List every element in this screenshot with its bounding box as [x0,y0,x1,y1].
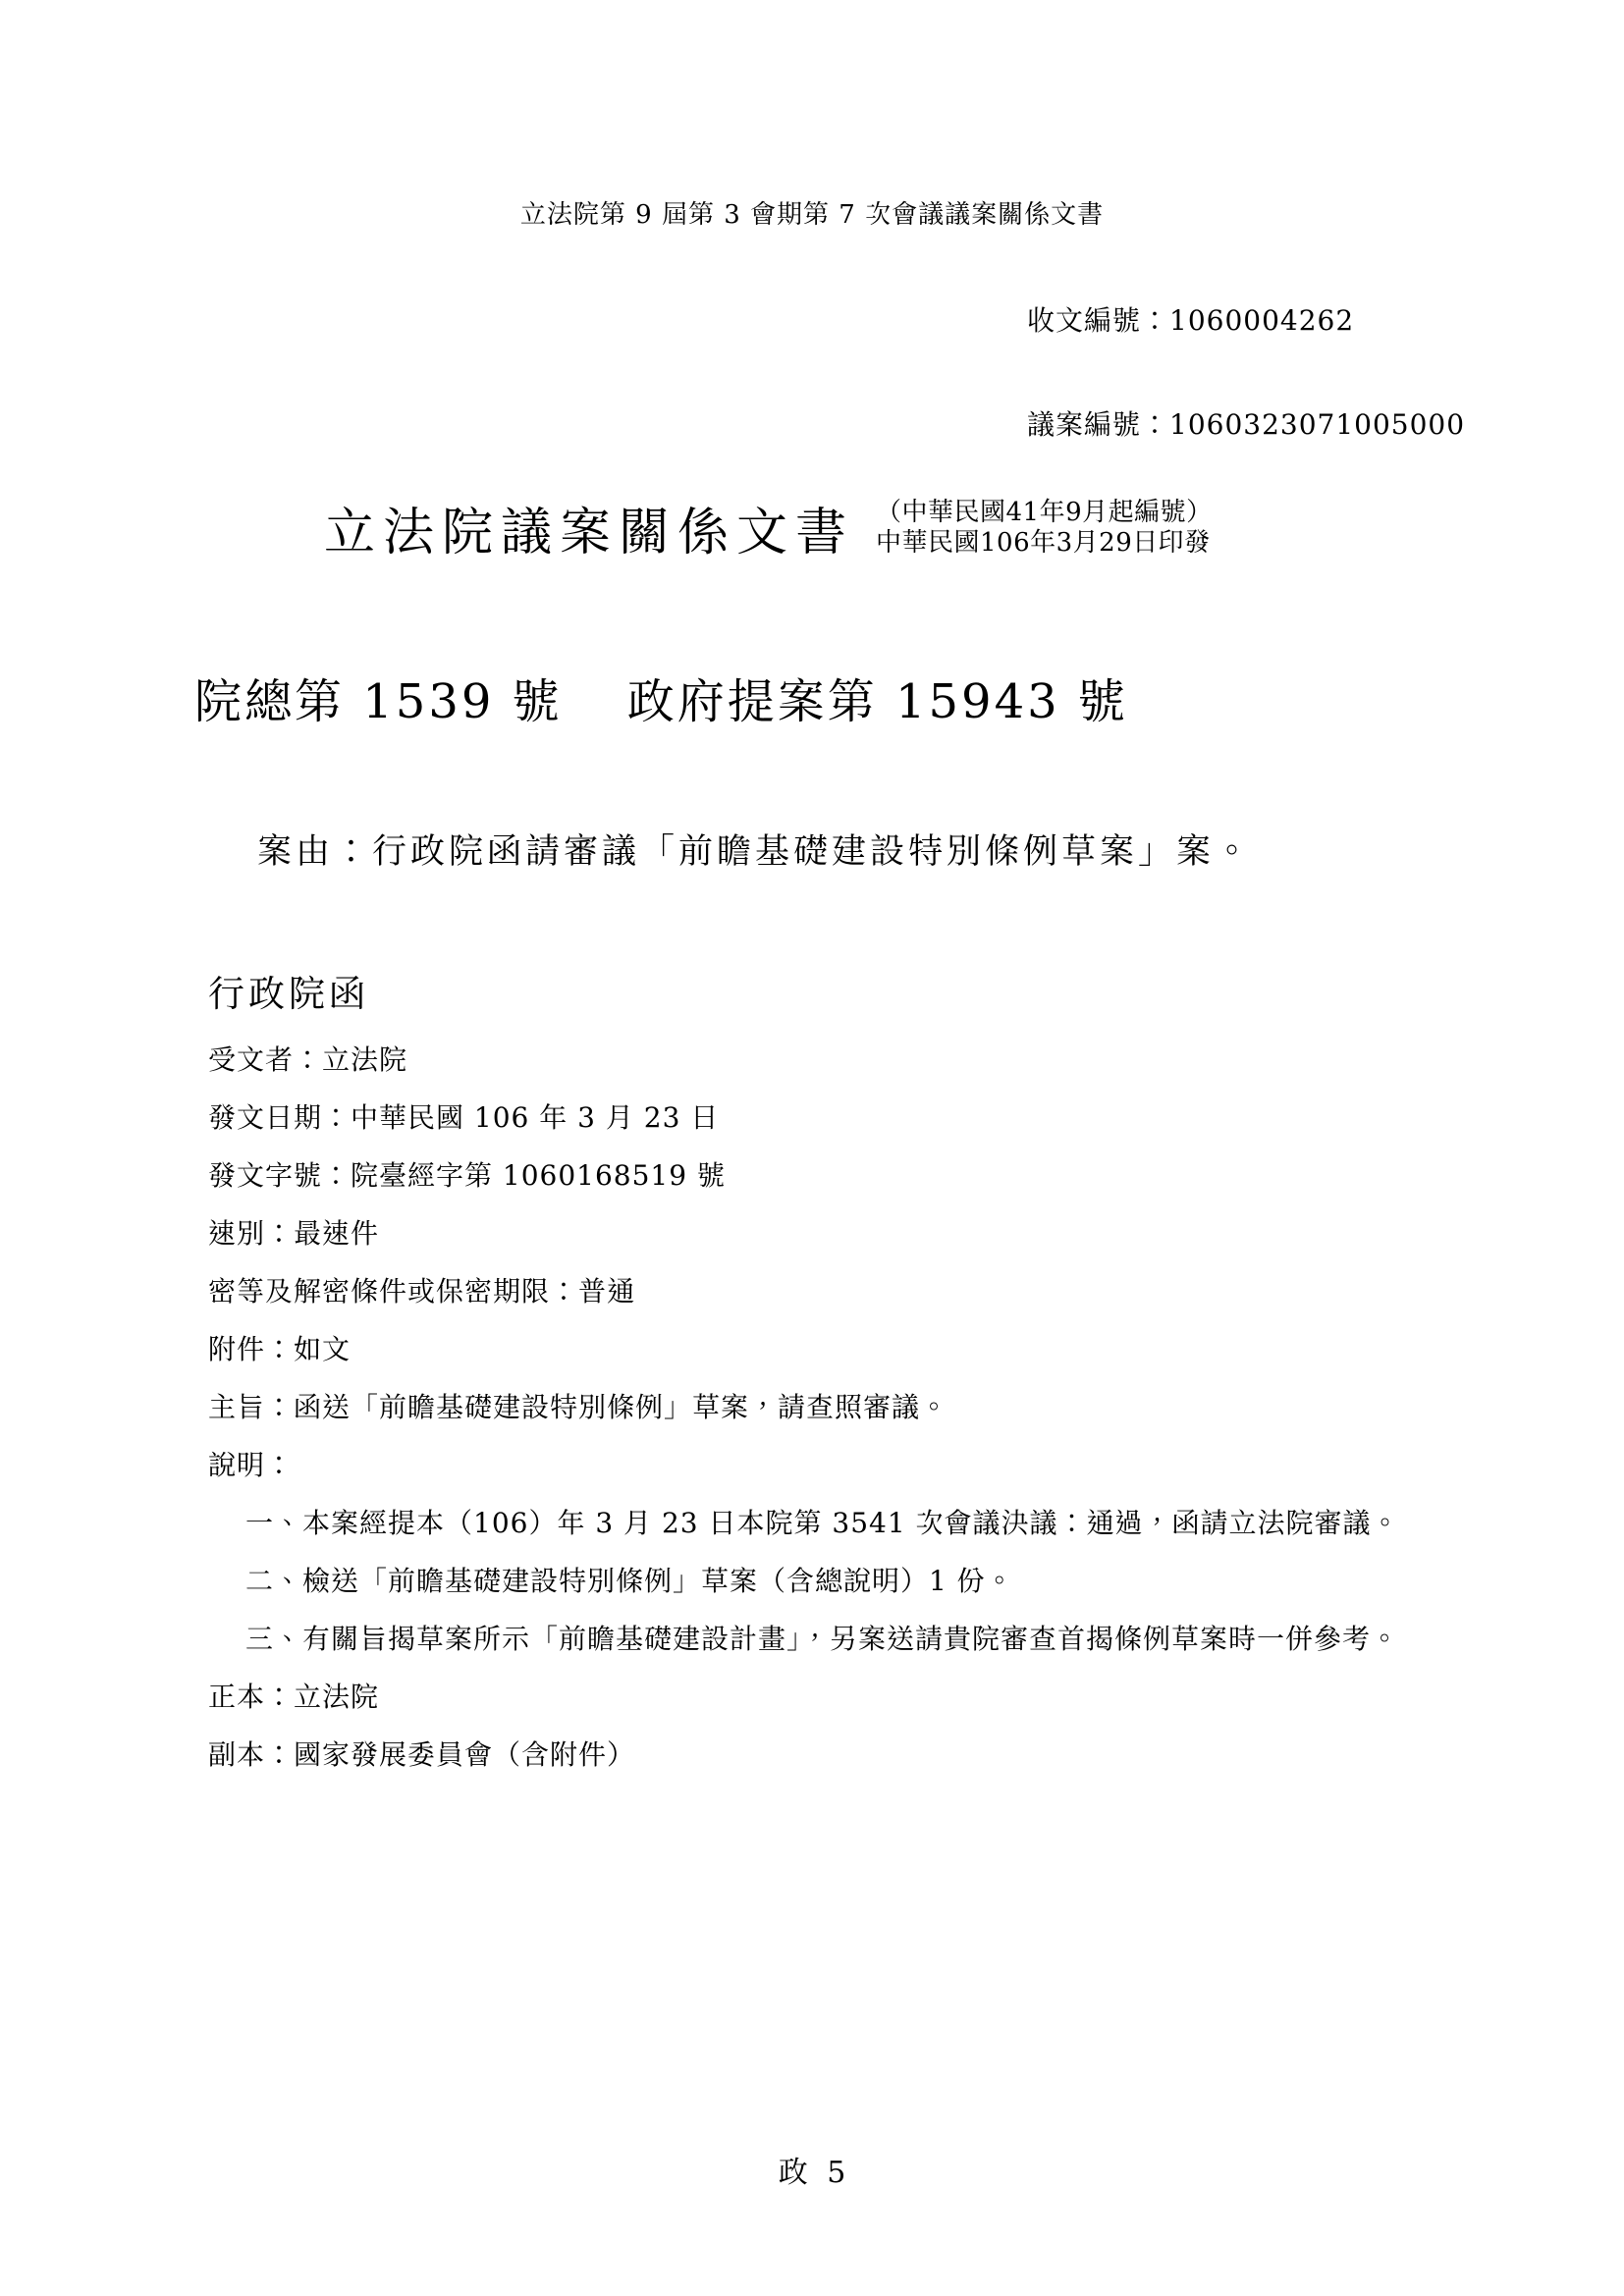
letter-field-explanation-label: 說明： [208,1434,1400,1492]
document-title-row: 立法院議案關係文書 （中華民國41年9月起編號） 中華民國106年3月29日印發 [324,491,1213,564]
case-subject: 案由：行政院函請審議「前瞻基礎建設特別條例草案」案。 [257,825,1253,874]
letter-field-classification: 密等及解密條件或保密期限：普通 [208,1260,1400,1318]
letter-field-attachment: 附件：如文 [208,1318,1400,1376]
case-number-row: 院總第 1539 號 政府提案第 15943 號 [194,664,1128,731]
recipient-copy: 副本：國家發展委員會（含附件） [208,1724,1400,1782]
page-number: 政 5 [0,2148,1624,2191]
government-proposal-number: 政府提案第 15943 號 [627,664,1128,731]
letter-item-1: 一、本案經提本（106）年 3 月 23 日本院第 3541 次會議決議：通過，… [208,1492,1400,1550]
bill-number: 議案編號：1060323071005000 [1027,403,1465,443]
title-note-line1: （中華民國41年9月起編號） [876,498,1213,528]
recipient-original: 正本：立法院 [208,1666,1400,1724]
letter-field-ref-number: 發文字號：院臺經字第 1060168519 號 [208,1145,1400,1202]
letter-field-recipient: 受文者：立法院 [208,1029,1400,1087]
receipt-number: 收文編號：1060004262 [1027,299,1354,339]
letter-field-date: 發文日期：中華民國 106 年 3 月 23 日 [208,1087,1400,1145]
letter-title: 行政院函 [208,964,369,1017]
yuan-total-number: 院總第 1539 號 [194,664,563,731]
document-title: 立法院議案關係文書 [324,491,854,564]
letter-field-speed: 速別：最速件 [208,1202,1400,1260]
letter-body: 受文者：立法院 發文日期：中華民國 106 年 3 月 23 日 發文字號：院臺… [208,1029,1400,1782]
document-page: 立法院第 9 屆第 3 會期第 7 次會議議案關係文書 收文編號：1060004… [0,0,1624,2296]
letter-item-3: 三、有關旨揭草案所示「前瞻基礎建設計畫」，另案送請貴院審查首揭條例草案時一併參考… [208,1608,1400,1666]
session-header: 立法院第 9 屆第 3 會期第 7 次會議議案關係文書 [0,194,1624,231]
title-note-line2: 中華民國106年3月29日印發 [876,528,1213,559]
letter-item-2: 二、檢送「前瞻基礎建設特別條例」草案（含總說明）1 份。 [208,1550,1400,1608]
title-print-note: （中華民國41年9月起編號） 中華民國106年3月29日印發 [876,498,1213,559]
letter-field-subject: 主旨：函送「前瞻基礎建設特別條例」草案，請查照審議。 [208,1376,1400,1434]
